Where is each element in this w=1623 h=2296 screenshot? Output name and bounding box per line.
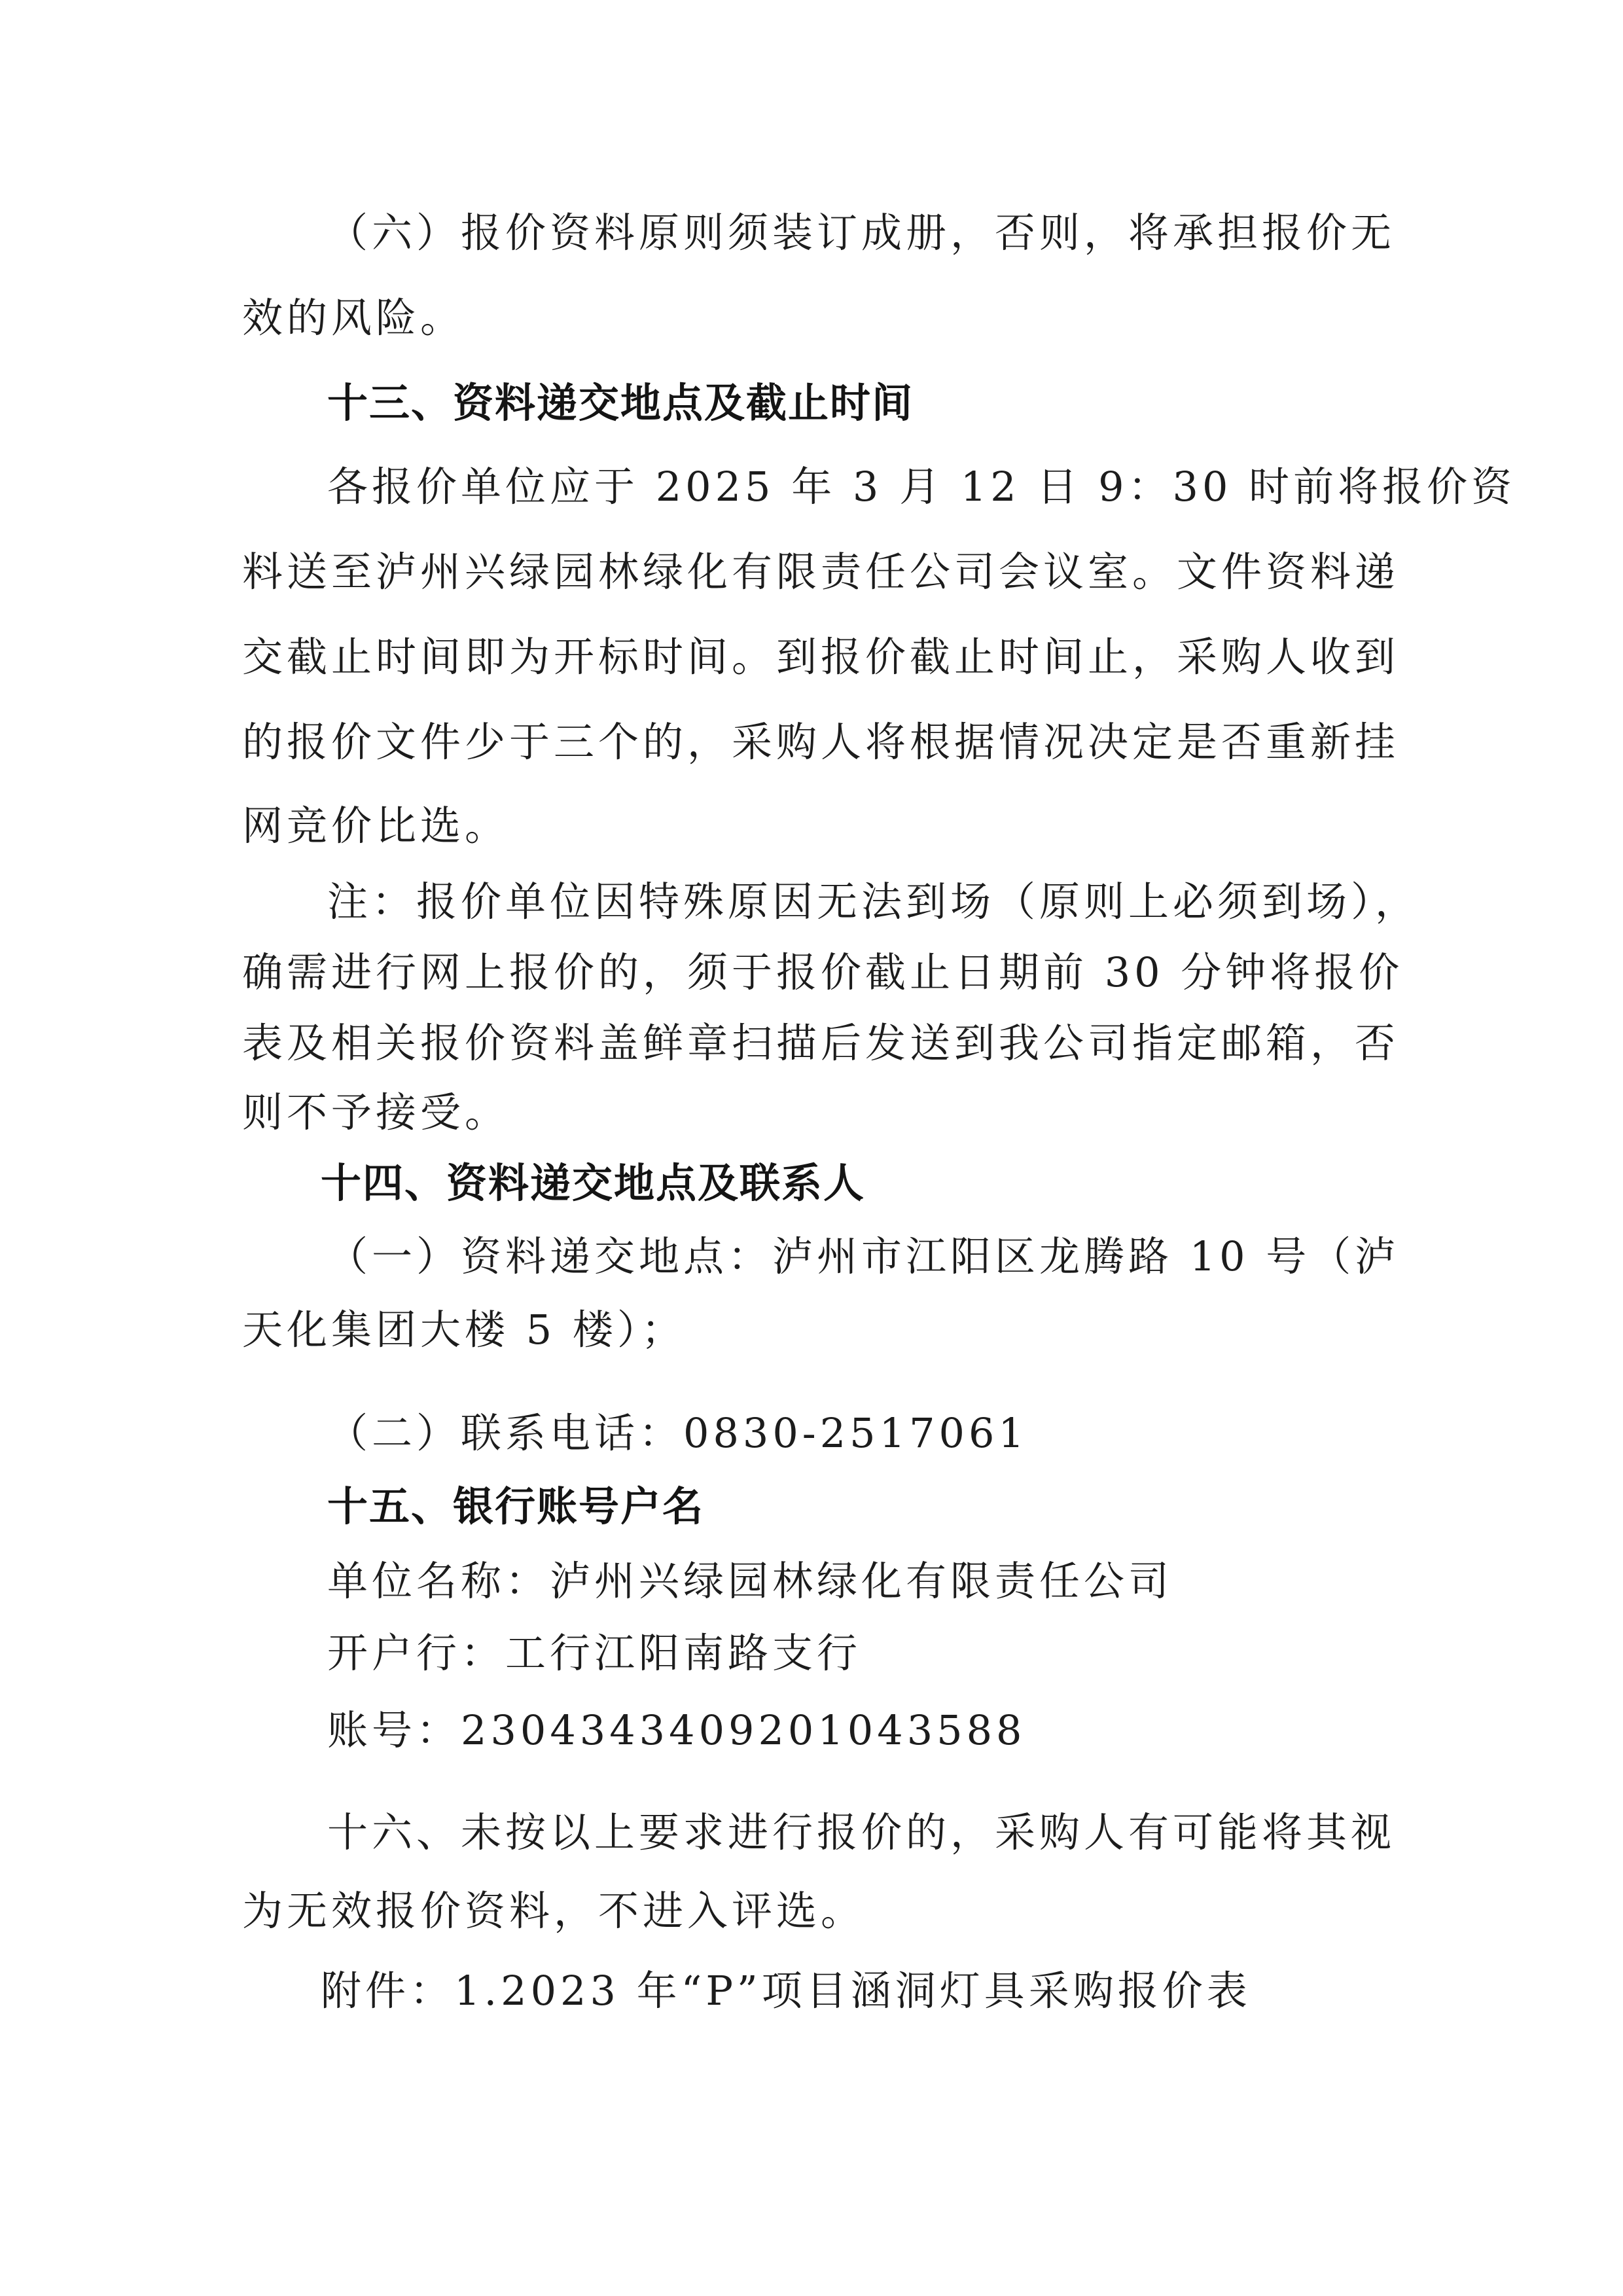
note-line-3: 表及相关报价资料盖鲜章扫描后发送到我公司指定邮箱，否: [242, 1017, 1361, 1069]
bank-branch: 开户行：工行江阳南路支行: [327, 1627, 861, 1679]
section-16-line-1: 十六、未按以上要求进行报价的，采购人有可能将其视: [327, 1806, 1361, 1859]
section-13-heading: 十三、资料递交地点及截止时间: [327, 377, 914, 429]
deadline-line-4: 的报价文件少于三个的，采购人将根据情况决定是否重新挂: [242, 716, 1361, 768]
document-page: （六）报价资料原则须装订成册，否则，将承担报价无 效的风险。 十三、资料递交地点…: [0, 0, 1623, 2296]
item-6-line-1: （六）报价资料原则须装订成册，否则，将承担报价无: [327, 207, 1361, 259]
item-6-line-2: 效的风险。: [242, 292, 465, 344]
address-line-2: 天化集团大楼 5 楼）；: [242, 1304, 686, 1356]
note-line-1: 注：报价单位因特殊原因无法到场（原则上必须到场），: [327, 876, 1361, 928]
phone-line: （二）联系电话：0830-2517061: [327, 1407, 1028, 1460]
note-line-4: 则不予接受。: [242, 1086, 509, 1139]
address-line-1: （一）资料递交地点：泸州市江阳区龙腾路 10 号（泸: [327, 1230, 1361, 1283]
attachment-line: 附件：1.2023 年“P”项目涵洞灯具采购报价表: [321, 1965, 1251, 2017]
note-line-2: 确需进行网上报价的，须于报价截止日期前 30 分钟将报价: [242, 946, 1361, 999]
deadline-line-2: 料送至泸州兴绿园林绿化有限责任公司会议室。文件资料递: [242, 546, 1361, 598]
section-15-heading: 十五、银行账号户名: [327, 1480, 704, 1533]
deadline-line-5: 网竞价比选。: [242, 800, 509, 852]
section-14-heading: 十四、资料递交地点及联系人: [321, 1157, 865, 1210]
section-16-line-2: 为无效报价资料，不进入评选。: [242, 1885, 865, 1937]
deadline-line-1: 各报价单位应于 2025 年 3 月 12 日 9：30 时前将报价资: [327, 461, 1361, 513]
bank-account-number: 账号：2304343409201043588: [327, 1704, 1026, 1757]
bank-company-name: 单位名称：泸州兴绿园林绿化有限责任公司: [327, 1555, 1173, 1607]
deadline-line-3: 交截止时间即为开标时间。到报价截止时间止，采购人收到: [242, 631, 1361, 683]
